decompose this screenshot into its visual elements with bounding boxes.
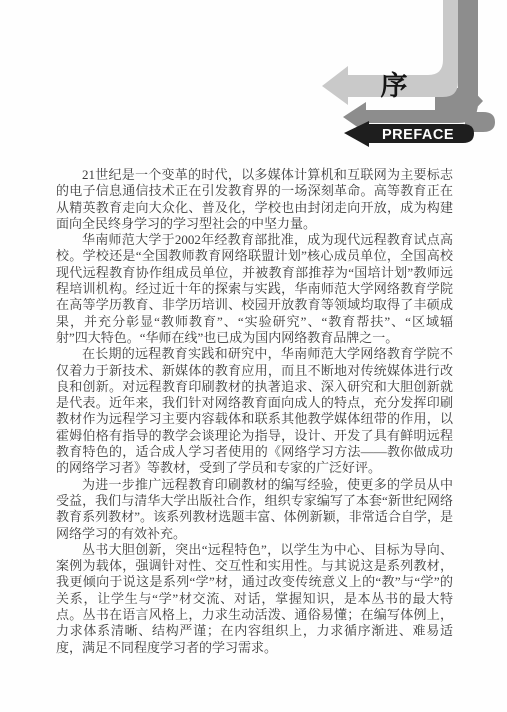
- preface-body: 21世纪是一个变革的时代，以多媒体计算机和互联网为主要标志的电子信息通信技术正在…: [56, 167, 453, 656]
- page-title-english: PREFACE: [382, 127, 454, 143]
- paragraph-4: 为进一步推广远程教育印刷教材的编写经验，使更多的学员从中受益，我们与清华大学出版…: [56, 477, 453, 542]
- paragraph-3: 在长期的远程教育实践和研究中，华南师范大学网络教育学院不仅着力于新技术、新媒体的…: [56, 346, 453, 476]
- preface-page: 序 PREFACE 21世纪是一个变革的时代，以多媒体计算机和互联网为主要标志的…: [0, 0, 507, 712]
- paragraph-1: 21世纪是一个变革的时代，以多媒体计算机和互联网为主要标志的电子信息通信技术正在…: [56, 167, 453, 232]
- page-title: 序: [381, 71, 408, 101]
- preface-header-graphic: 序 PREFACE: [317, 0, 507, 150]
- paragraph-5: 丛书大胆创新，突出“远程特色”，以学生为中心、目标为导向、案例为载体，强调针对性…: [56, 542, 453, 656]
- paragraph-2: 华南师范大学于2002年经教育部批准，成为现代远程教育试点高校。学校还是“全国教…: [56, 232, 453, 346]
